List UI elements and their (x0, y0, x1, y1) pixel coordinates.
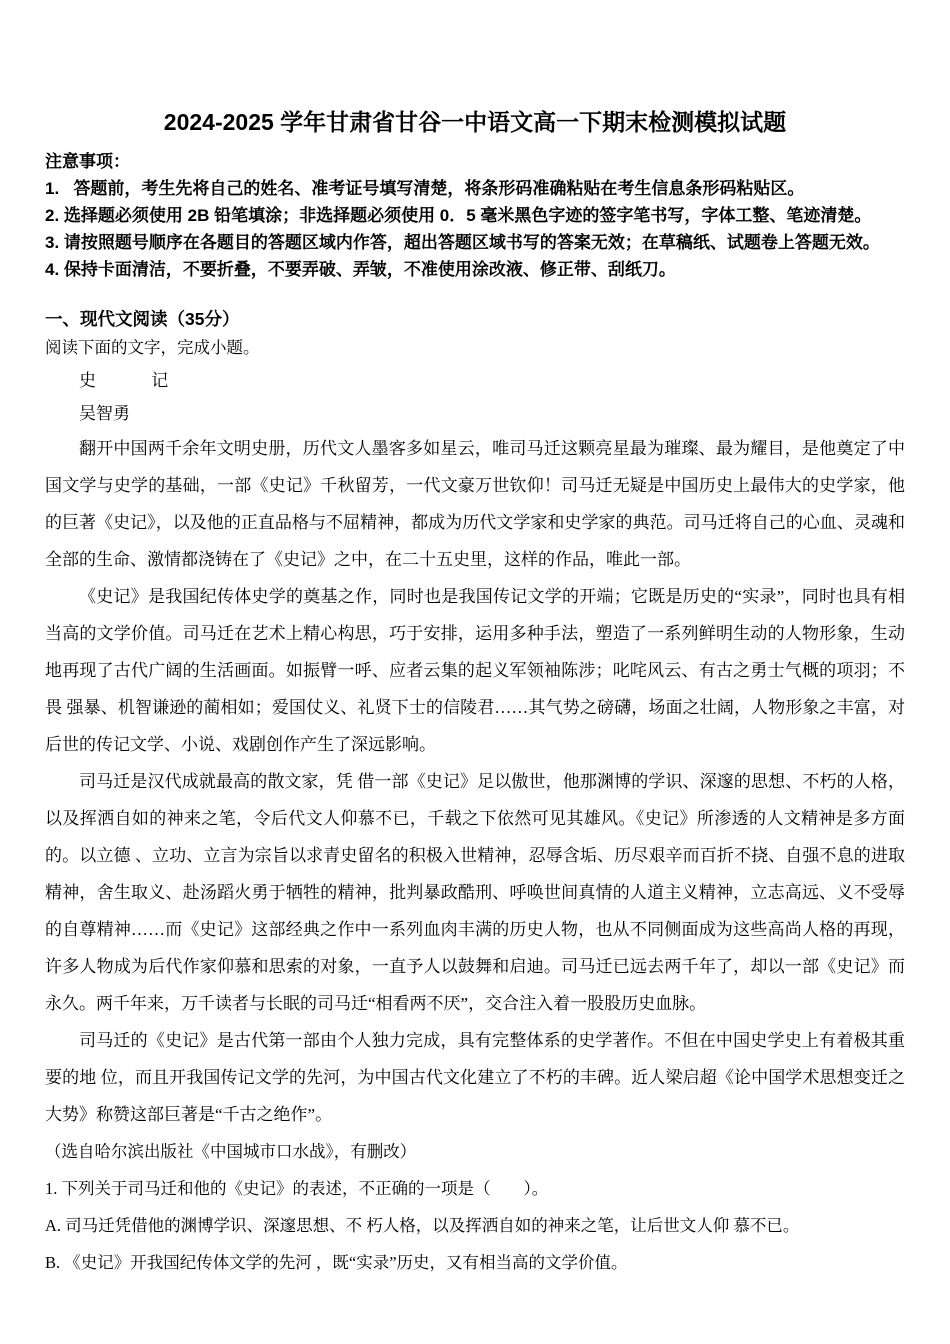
question-1-option-b: B. 《史记》开我国纪传体文学的先河 ，既“实录”历史，又有相当高的文学价值。 (45, 1244, 905, 1281)
passage-paragraph-1: 翻开中国两千余年文明史册，历代文人墨客多如星云，唯司马迁这颗亮星最为璀璨、最为耀… (45, 430, 905, 578)
passage-paragraph-2: 《史记》是我国纪传体史学的奠基之作，同时也是我国传记文学的开端；它既是历史的“实… (45, 578, 905, 763)
passage-paragraph-3: 司马迁是汉代成就最高的散文家，凭 借一部《史记》足以傲世，他那渊博的学识、深邃的… (45, 763, 905, 1022)
question-1-stem: 1. 下列关于司马迁和他的《史记》的表述，不正确的一项是（ ）。 (45, 1170, 905, 1207)
notice-item-2: 2. 选择题必须使用 2B 铅笔填涂；非选择题必须使用 0．5 毫米黑色字迹的签… (45, 202, 905, 229)
notice-heading: 注意事项： (45, 148, 905, 175)
passage-title: 史 记 (45, 364, 905, 397)
passage-paragraph-4: 司马迁的《史记》是古代第一部由个人独力完成，具有完整体系的史学著作。不但在中国史… (45, 1022, 905, 1133)
passage-intro: 阅读下面的文字，完成小题。 (45, 332, 905, 364)
exam-paper-page: 2024-2025 学年甘肃省甘谷一中语文高一下期末检测模拟试题 注意事项： 1… (0, 0, 950, 1344)
notice-block: 注意事项： 1. 答题前，考生先将自己的姓名、准考证号填写清楚，将条形码准确粘贴… (45, 148, 905, 283)
question-1-option-a: A. 司马迁凭借他的渊博学识、深邃思想、不 朽人格，以及挥洒自如的神来之笔，让后… (45, 1207, 905, 1244)
page-title: 2024-2025 学年甘肃省甘谷一中语文高一下期末检测模拟试题 (45, 0, 905, 138)
passage-source: （选自哈尔滨出版社《中国城市口水战》，有删改） (45, 1133, 905, 1170)
notice-item-4: 4. 保持卡面清洁，不要折叠，不要弄破、弄皱，不准使用涂改液、修正带、刮纸刀。 (45, 256, 905, 283)
notice-item-1: 1. 答题前，考生先将自己的姓名、准考证号填写清楚，将条形码准确粘贴在考生信息条… (45, 175, 905, 202)
passage-author: 吴智勇 (45, 397, 905, 430)
section-one-heading: 一、现代文阅读（35分） (45, 307, 905, 332)
notice-item-3: 3. 请按照题号顺序在各题目的答题区域内作答，超出答题区域书写的答案无效；在草稿… (45, 229, 905, 256)
